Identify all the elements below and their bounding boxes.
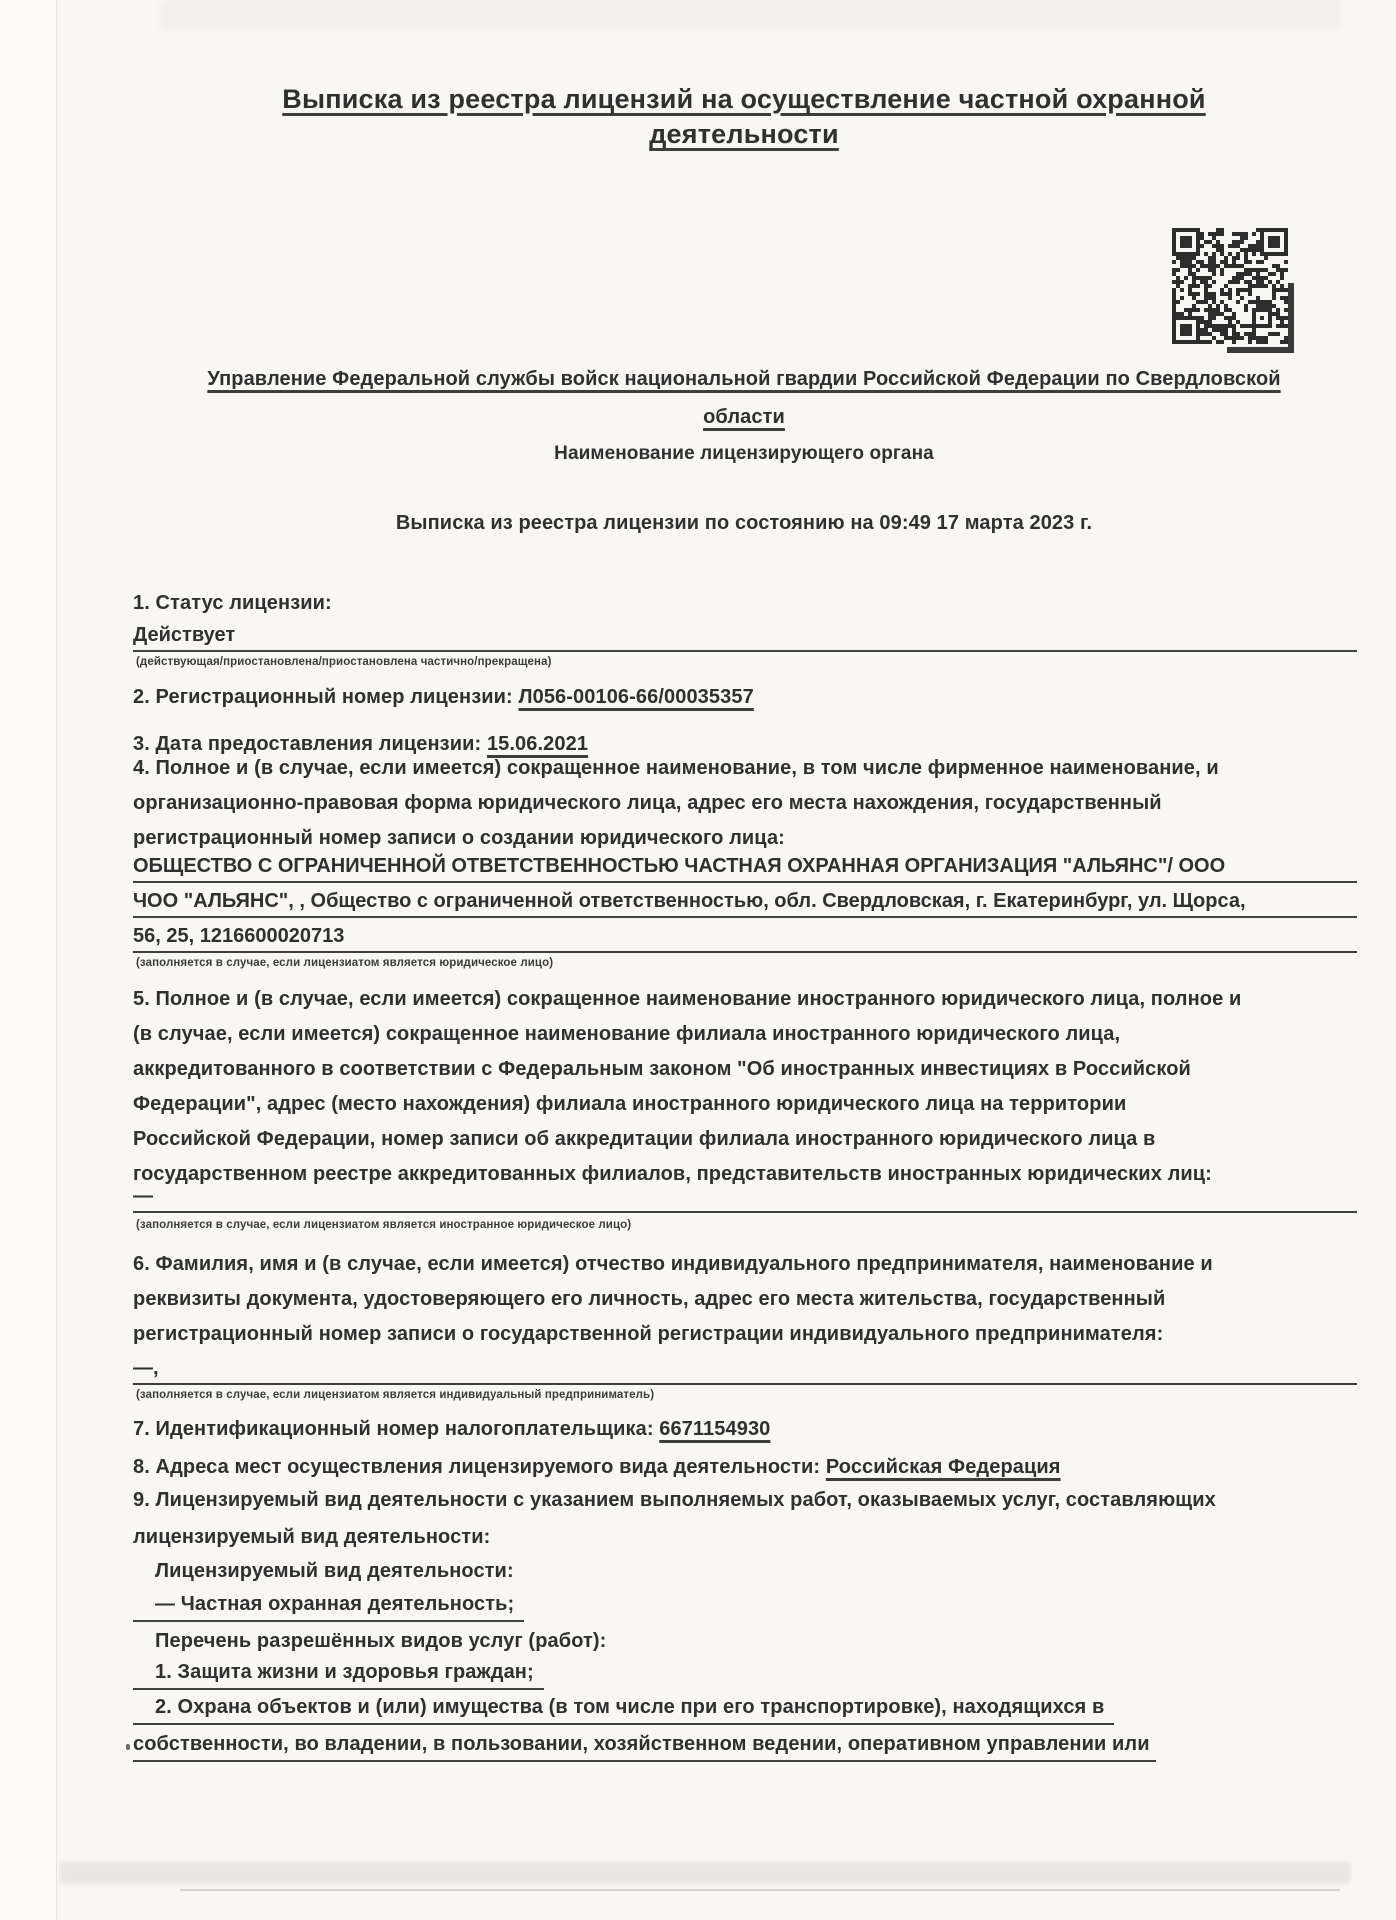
licensed-activity-label-line: лицензируемый вид деятельности: xyxy=(133,1526,490,1549)
legal-entity-value-line: ОБЩЕСТВО С ОГРАНИЧЕННОЙ ОТВЕТСТВЕННОСТЬЮ… xyxy=(133,855,1225,878)
entrepreneur-label-line: 6. Фамилия, имя и (в случае, если имеетс… xyxy=(133,1253,1213,1276)
legal-entity-value-row: 56, 25, 1216600020713 xyxy=(133,920,1357,953)
authority-name-line-2: области xyxy=(133,406,1355,429)
foreign-entity-label-line: Федерации", адрес (место нахождения) фил… xyxy=(133,1093,1126,1116)
legal-entity-note: (заполняется в случае, если лицензиатом … xyxy=(136,957,553,969)
foreign-entity-value: — xyxy=(133,1185,153,1208)
service-item-2-line-1: 2. Охрана объектов и (или) имущества (в … xyxy=(133,1696,1114,1725)
registration-number-label: 2. Регистрационный номер лицензии: xyxy=(133,686,513,708)
scan-artifact-bottom-line xyxy=(180,1889,1340,1891)
legal-entity-value-row: ЧОО "АЛЬЯНС", , Общество с ограниченной … xyxy=(133,885,1357,918)
foreign-entity-label-line: аккредитованного в соответствии с Федера… xyxy=(133,1058,1191,1081)
extract-statement: Выписка из реестра лицензии по состоянию… xyxy=(133,512,1355,535)
qr-code xyxy=(1172,228,1288,344)
service-item-2-row: 2. Охрана объектов и (или) имущества (в … xyxy=(133,1696,1114,1725)
qr-corner-bracket-vertical xyxy=(1288,283,1294,353)
service-item-2-continuation-row: собственности, во владении, в пользовани… xyxy=(133,1733,1156,1762)
foreign-entity-label-line: 5. Полное и (в случае, если имеется) сок… xyxy=(133,988,1241,1011)
entrepreneur-label-line: реквизиты документа, удостоверяющего его… xyxy=(133,1288,1165,1311)
authority-caption: Наименование лицензирующего органа xyxy=(133,443,1355,465)
taxpayer-number-value: 6671154930 xyxy=(659,1418,770,1440)
scan-artifact-bottom-band xyxy=(60,1862,1350,1884)
legal-entity-label-line: регистрационный номер записи о создании … xyxy=(133,827,785,850)
entrepreneur-value: —, xyxy=(133,1357,159,1380)
scan-artifact-dot xyxy=(126,1744,130,1750)
entrepreneur-value-row: —, xyxy=(133,1352,1357,1385)
activity-addresses-value: Российская Федерация xyxy=(826,1456,1061,1478)
grant-date-value: 15.06.2021 xyxy=(487,733,588,755)
service-item-2-line-2: собственности, во владении, в пользовани… xyxy=(133,1733,1156,1762)
status-note: (действующая/приостановлена/приостановле… xyxy=(136,656,552,668)
taxpayer-number-label: 7. Идентификационный номер налогоплатель… xyxy=(133,1418,654,1440)
activity-addresses-row: 8. Адреса мест осуществления лицензируем… xyxy=(133,1456,1061,1479)
scan-left-edge xyxy=(0,0,57,1920)
legal-entity-label-line: организационно-правовая форма юридическо… xyxy=(133,792,1162,815)
legal-entity-label-line: 4. Полное и (в случае, если имеется) сок… xyxy=(133,757,1219,780)
foreign-entity-label-line: (в случае, если имеется) сокращенное наи… xyxy=(133,1023,1120,1046)
qr-corner-bracket-horizontal xyxy=(1227,347,1294,353)
entrepreneur-label-line: регистрационный номер записи о государст… xyxy=(133,1323,1163,1346)
scan-artifact-top xyxy=(160,0,1340,30)
entrepreneur-note: (заполняется в случае, если лицензиатом … xyxy=(136,1389,654,1401)
activity-type-label: Лицензируемый вид деятельности: xyxy=(155,1560,514,1583)
registration-number-row: 2. Регистрационный номер лицензии: Л056-… xyxy=(133,686,754,709)
legal-entity-value-line: 56, 25, 1216600020713 xyxy=(133,925,344,948)
legal-entity-value-row: ОБЩЕСТВО С ОГРАНИЧЕННОЙ ОТВЕТСТВЕННОСТЬЮ… xyxy=(133,850,1357,883)
authority-name-line-1: Управление Федеральной службы войск наци… xyxy=(133,368,1355,391)
foreign-entity-value-row: — xyxy=(133,1180,1357,1213)
status-label: 1. Статус лицензии: xyxy=(133,592,332,615)
scanned-document-page: Выписка из реестра лицензий на осуществл… xyxy=(0,0,1396,1920)
activity-type-value: — Частная охранная деятельность; xyxy=(133,1593,524,1622)
grant-date-label: 3. Дата предоставления лицензии: xyxy=(133,733,481,755)
services-label: Перечень разрешённых видов услуг (работ)… xyxy=(155,1630,606,1653)
activity-type-value-row: — Частная охранная деятельность; xyxy=(133,1593,524,1622)
document-title-line-1: Выписка из реестра лицензий на осуществл… xyxy=(133,84,1355,115)
registration-number-value: Л056-00106-66/00035357 xyxy=(518,686,753,708)
status-value: Действует xyxy=(133,624,235,647)
foreign-entity-note: (заполняется в случае, если лицензиатом … xyxy=(136,1219,631,1231)
licensed-activity-label-line: 9. Лицензируемый вид деятельности с указ… xyxy=(133,1489,1216,1512)
taxpayer-number-row: 7. Идентификационный номер налогоплатель… xyxy=(133,1418,770,1441)
foreign-entity-label-line: Российской Федерации, номер записи об ак… xyxy=(133,1128,1155,1151)
service-item-1: 1. Защита жизни и здоровья граждан; xyxy=(133,1661,544,1690)
status-value-row: Действует xyxy=(133,616,1357,652)
service-item-1-row: 1. Защита жизни и здоровья граждан; xyxy=(133,1661,544,1690)
activity-addresses-label: 8. Адреса мест осуществления лицензируем… xyxy=(133,1456,820,1478)
grant-date-row: 3. Дата предоставления лицензии: 15.06.2… xyxy=(133,733,588,756)
legal-entity-value-line: ЧОО "АЛЬЯНС", , Общество с ограниченной … xyxy=(133,890,1246,913)
document-title-line-2: деятельности xyxy=(133,119,1355,150)
